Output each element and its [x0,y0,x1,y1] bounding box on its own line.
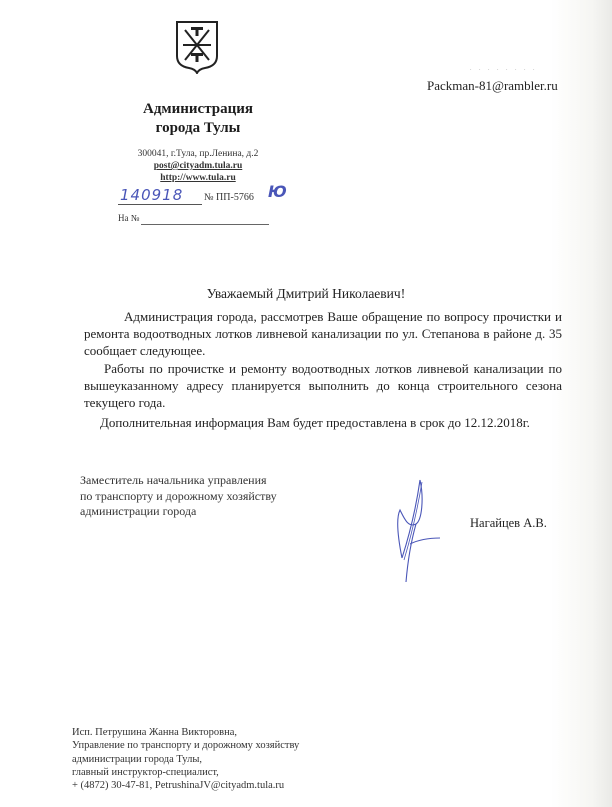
signer-title-line-3: администрации города [80,504,277,520]
postal-address: 300041, г.Тула, пр.Ленина, д.2 [100,148,296,160]
letter-body: Администрация города, рассмотрев Ваше об… [84,308,562,431]
reply-to-label: На № [118,213,139,223]
org-website-link[interactable]: http://www.tula.ru [100,172,296,184]
faded-recipient-line: . . . . . . . . [470,66,538,72]
executor-block: Исп. Петрушина Жанна Викторовна, Управле… [72,726,299,792]
org-email-link[interactable]: post@cityadm.tula.ru [100,160,296,172]
handwritten-date: 140918 [118,186,202,205]
executor-line-2: Управление по транспорту и дорожному хоз… [72,739,299,752]
handwritten-signature-icon [380,478,460,588]
org-line-2: города Тулы [120,119,276,138]
executor-line-5: + (4872) 30-47-81, PetrushinaJV@cityadm.… [72,779,299,792]
recipient-email: Packman-81@rambler.ru [427,78,558,94]
greeting: Уважаемый Дмитрий Николаевич! [0,286,612,302]
org-line-1: Администрация [120,100,276,119]
tula-coat-of-arms-icon [175,20,219,74]
letterhead-contacts: 300041, г.Тула, пр.Ленина, д.2 post@city… [100,148,296,184]
handwritten-initials: Ю [268,182,287,201]
body-paragraph-1: Администрация города, рассмотрев Ваше об… [84,308,562,360]
scan-edge-shadow [592,0,612,807]
body-paragraph-2: Работы по прочистке и ремонту водоотводн… [84,360,562,412]
executor-line-4: главный инструктор-специалист, [72,766,299,779]
registration-number: № ПП-5766 [204,192,254,203]
signer-name: Нагайцев А.В. [470,516,547,531]
letter-page: Администрация города Тулы 300041, г.Тула… [0,0,612,807]
executor-line-3: администрации города Тулы, [72,753,299,766]
registration-line: 140918 № ПП-5766 Ю [118,190,298,208]
body-paragraph-3: Дополнительная информация Вам будет пред… [84,414,562,431]
reply-to-blank-line [141,224,269,225]
signer-title: Заместитель начальника управления по тра… [80,473,277,520]
executor-line-1: Исп. Петрушина Жанна Викторовна, [72,726,299,739]
signer-title-line-2: по транспорту и дорожному хозяйству [80,489,277,505]
signer-title-line-1: Заместитель начальника управления [80,473,277,489]
organization-name: Администрация города Тулы [120,100,276,138]
